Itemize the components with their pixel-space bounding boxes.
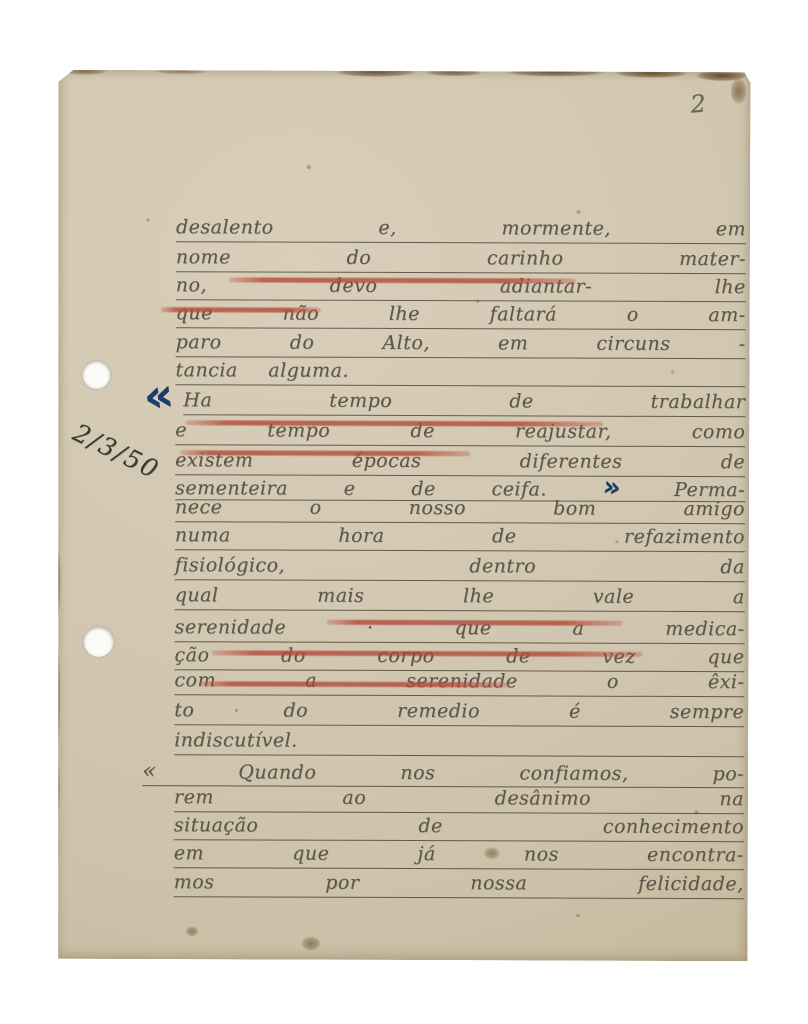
foxing-stain (306, 165, 311, 170)
red-underline (199, 681, 509, 687)
red-underline (161, 307, 321, 313)
manuscript-line: nome do carinho mater- (176, 244, 746, 274)
manuscript-line: to do remedio é sempre (174, 697, 744, 727)
handwritten-text: em que já nos encontra- (174, 842, 744, 866)
manuscript-line: rem ao desânimo na (174, 784, 744, 814)
hole-punch-bottom (84, 627, 114, 657)
scan-background: 2 « 2/3/50 desalento e, mormente, emnome… (0, 0, 808, 1024)
manuscript-line: que não lhe faltará o am- (176, 300, 746, 330)
manuscript-line: numa hora de refazimento (175, 522, 745, 552)
page-number: 2 (689, 89, 707, 118)
margin-date-annotation: 2/3/50 (69, 418, 165, 485)
foxing-stain (507, 68, 603, 76)
manuscript-line: Ha tempo de trabalhar (183, 387, 745, 417)
manuscript-line: qual mais lhe vale a (175, 582, 745, 612)
handwritten-text: nece o nosso bom amigo (175, 496, 745, 520)
foxing-stain (670, 370, 674, 374)
manuscript-line: nece o nosso bom amigo (175, 494, 745, 524)
foxing-stain (391, 975, 397, 980)
handwritten-text: Quando nos confiamos, po- (238, 761, 744, 785)
manuscript-line: em que já nos encontra- (174, 840, 744, 870)
manuscript-line: situação de conhecimento (174, 812, 744, 842)
manuscript-line: indiscutível. (174, 727, 744, 757)
foxing-stain (427, 69, 482, 76)
foxing-stain (155, 68, 207, 74)
handwritten-text: paro do Alto, em circuns - (176, 331, 746, 355)
pencil-opening-guillemet-icon: « (142, 758, 154, 784)
handwritten-text: desalento e, mormente, em (176, 216, 746, 240)
hole-punch-top (82, 361, 110, 389)
foxing-stain (355, 454, 359, 458)
foxing-stain (615, 540, 619, 544)
foxing-stain (576, 914, 581, 918)
manuscript-line: serenidade · que a medica- (175, 614, 745, 644)
handwritten-text: nome do carinho mater- (176, 246, 746, 270)
handwritten-text: qual mais lhe vale a (175, 584, 745, 608)
handwritten-text: situação de conhecimento (174, 814, 744, 838)
manuscript-line: mos por nossa felicidade, (174, 869, 744, 899)
handwritten-text: numa hora de refazimento (175, 524, 745, 548)
foxing-stain (146, 218, 150, 222)
foxing-stain (617, 69, 687, 78)
foxing-stain (301, 937, 320, 951)
foxing-stain (234, 708, 238, 712)
handwritten-text: Ha tempo de trabalhar (183, 389, 745, 413)
red-underline (180, 450, 470, 456)
foxing-stain (54, 648, 60, 748)
handwritten-text: que não lhe faltará o am- (176, 302, 746, 326)
foxing-stain (484, 847, 500, 859)
handwritten-text: tancia alguma. (175, 359, 349, 382)
foxing-stain (730, 78, 746, 104)
foxing-stain (576, 210, 581, 215)
foxing-stain (55, 548, 61, 618)
foxing-stain (54, 828, 59, 870)
manuscript-page: 2 « 2/3/50 desalento e, mormente, emnome… (55, 70, 750, 961)
foxing-stain (65, 68, 107, 75)
red-underline (327, 620, 623, 626)
handwritten-text: indiscutível. (174, 729, 298, 751)
handwritten-text: rem ao desânimo na (174, 786, 744, 810)
manuscript-line: tancia alguma. (175, 357, 745, 387)
foxing-stain (186, 926, 199, 936)
handwritten-text: to do remedio é sempre (174, 699, 744, 723)
foxing-stain (54, 758, 60, 820)
manuscript-line: fisiológico, dentro da (175, 552, 745, 582)
manuscript-line: paro do Alto, em circuns - (176, 329, 746, 359)
handwritten-text: mos por nossa felicidade, (174, 871, 744, 895)
foxing-stain (337, 68, 415, 77)
foxing-stain (476, 299, 480, 303)
blue-opening-guillemet-icon: « (141, 371, 176, 420)
handwritten-text: fisiológico, dentro da (175, 554, 745, 578)
manuscript-line: desalento e, mormente, em (176, 214, 746, 244)
foxing-stain (694, 810, 699, 815)
